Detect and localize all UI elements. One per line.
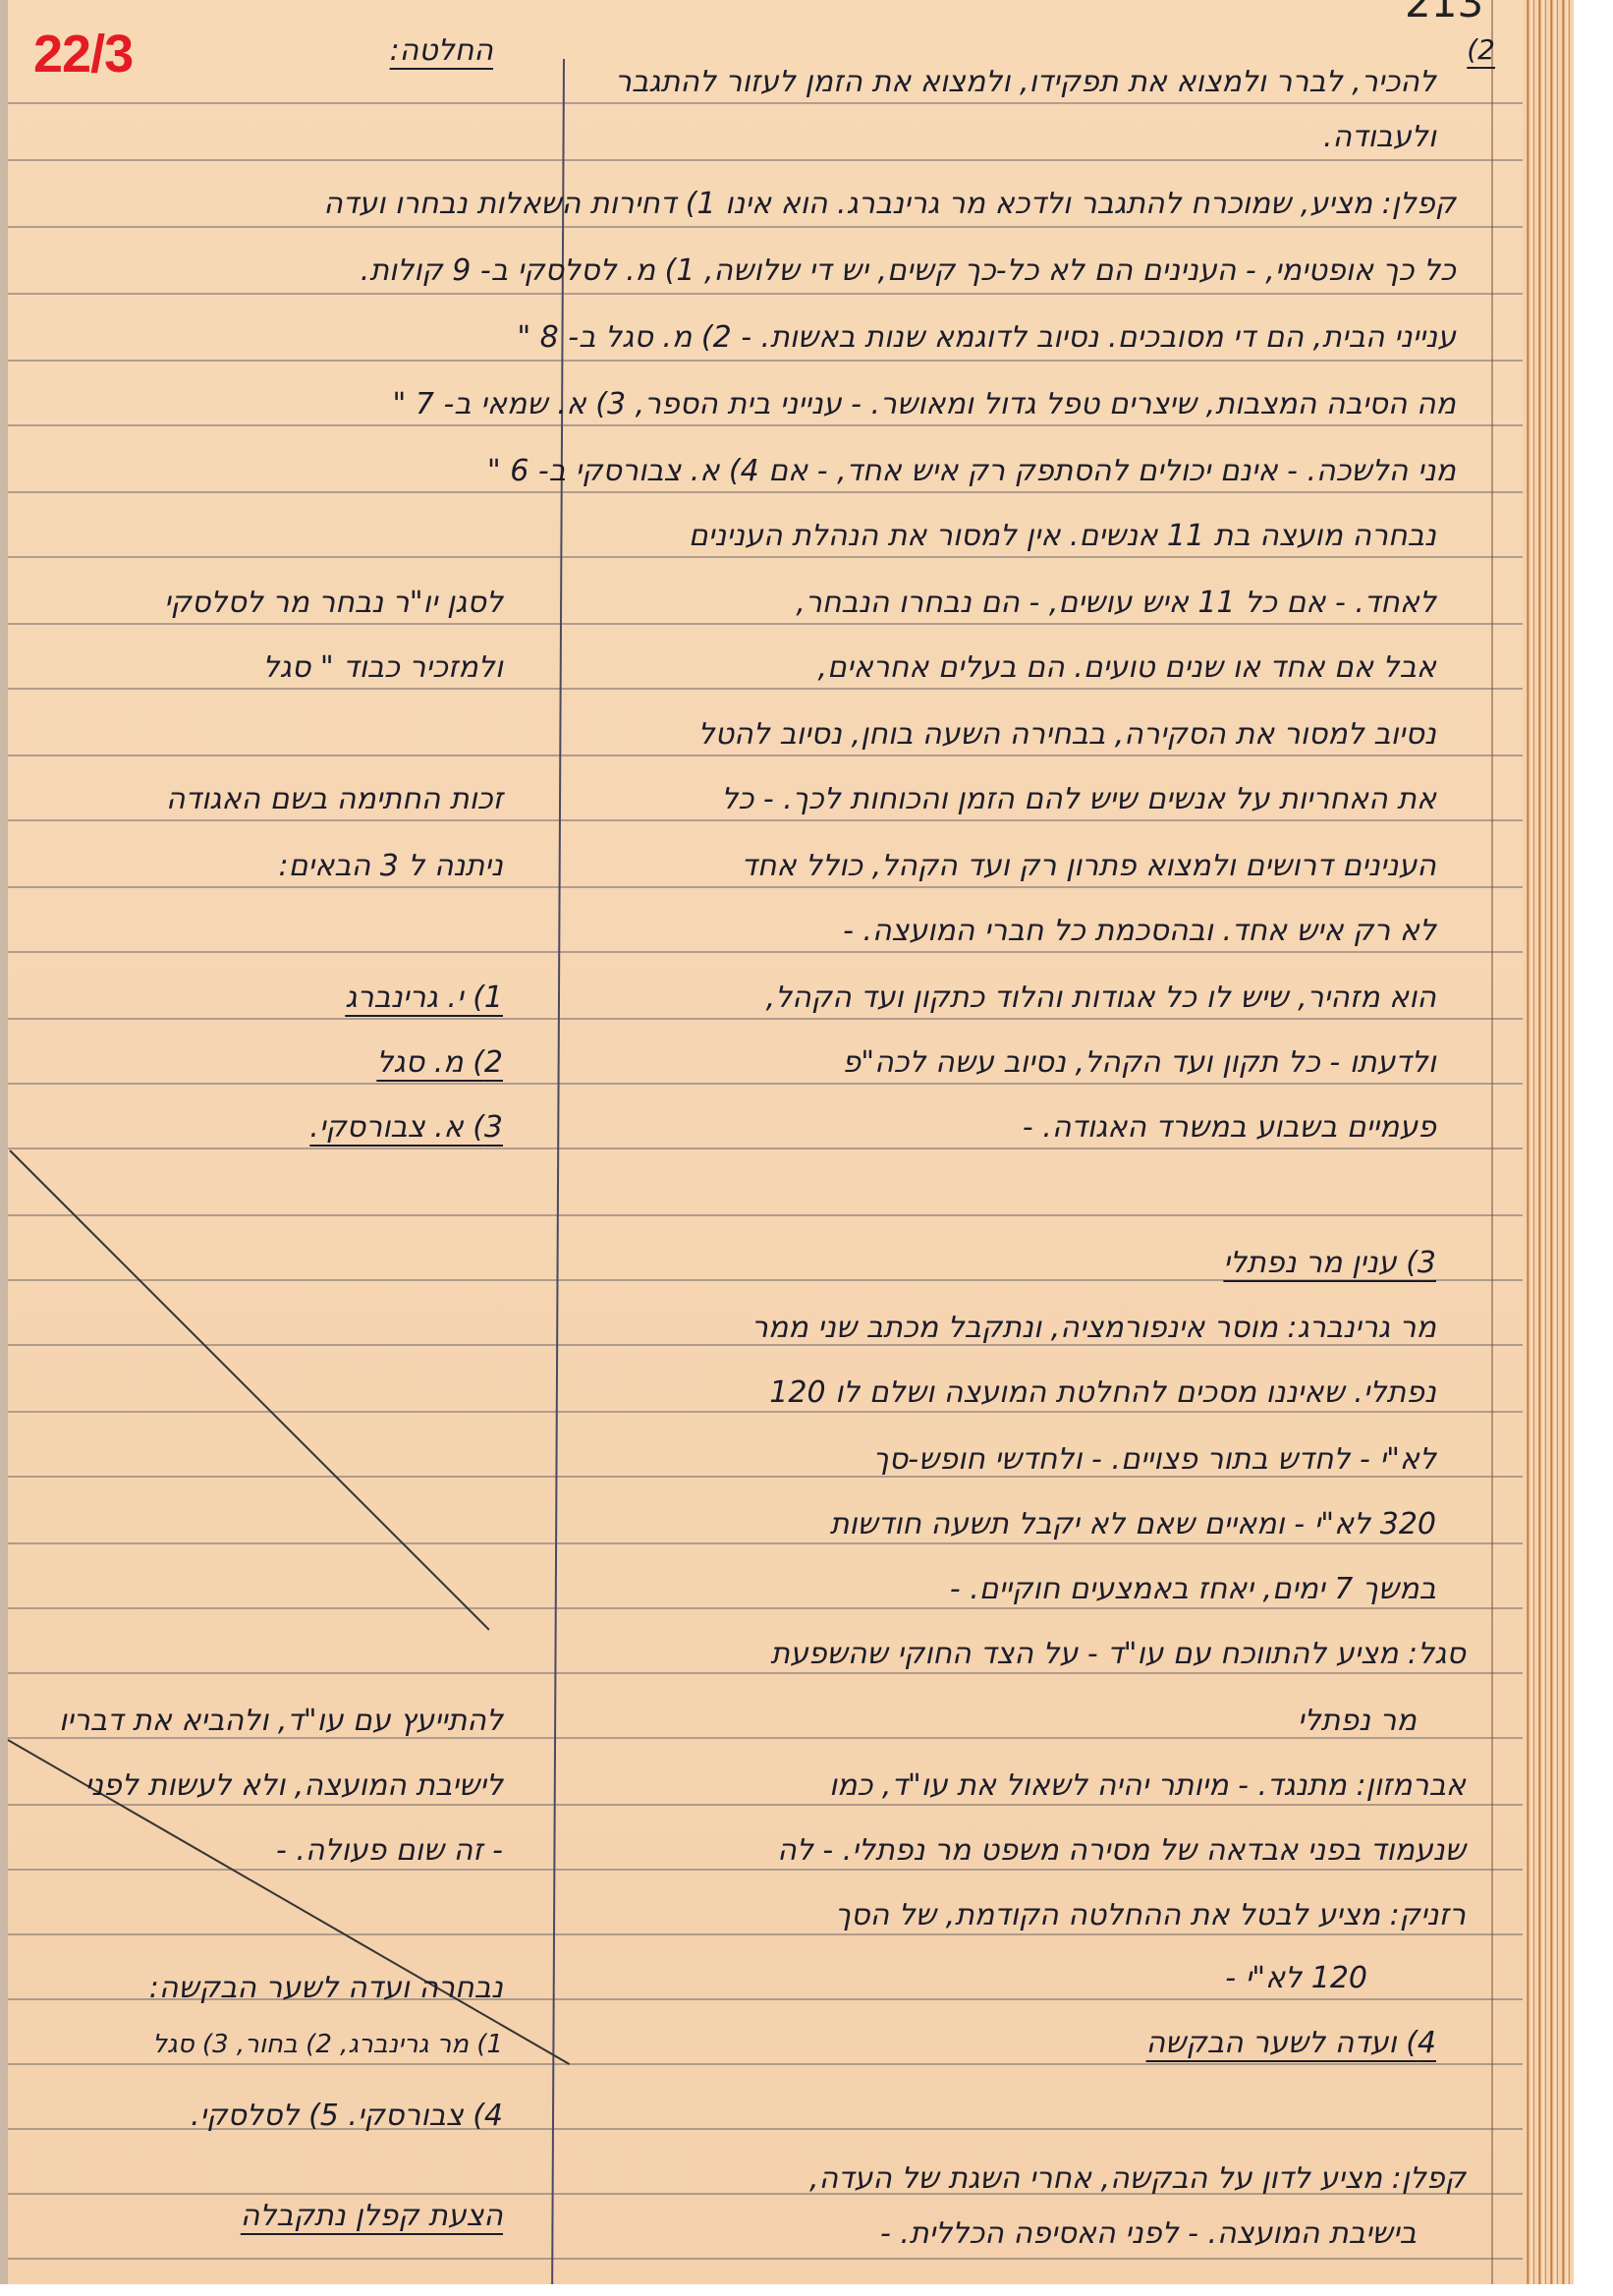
item-3-line: במשך 7 ימים, יאחז באמצעים חוקיים. - [950, 1572, 1436, 1606]
ruled-line [8, 1804, 1523, 1806]
item-3-heading: 3) ענין מר נפתלי [1223, 1246, 1436, 1280]
ruled-line [8, 951, 1523, 953]
main-line: הוא מזהיר, שיש לו כל אגודות והלוד כתקון … [766, 980, 1436, 1015]
main-line: נבחרה מועצה בת 11 אנשים. אין למסור את הנ… [689, 519, 1436, 553]
side-note: - זה שום פעולה. - [276, 1833, 503, 1868]
ruled-line [8, 688, 1523, 690]
main-line: אבל אם אחד או שנים טועים. הם בעלים אחראי… [818, 650, 1437, 685]
ruled-line [8, 1607, 1523, 1609]
main-line: לאחד. - אם כל 11 איש עושים, - הם נבחרו ה… [796, 586, 1436, 620]
decision-heading: החלטה: [390, 33, 493, 68]
ruled-line [8, 226, 1523, 228]
discussion-line: 120 לא"י - [1225, 1961, 1367, 1995]
main-line: להכיר, לברר ולמצוא את תפקידו, ולמצוא את … [615, 65, 1436, 99]
side-note: לסגן יו"ר נבחר מר לסלסקי [164, 586, 503, 620]
main-line: פעמיים בשבוע במשרד האגודה. - [1023, 1110, 1436, 1145]
ruled-line [8, 819, 1523, 821]
item-4-line: קפלן: מציע לדון על הבקשה, אחרי השגת של ה… [809, 2161, 1466, 2196]
side-note: להתייעץ עם עו"ד, ולהביא את דבריו [59, 1704, 503, 1738]
item-4-line: בישיבת המועצה. - לפני האסיפה הכללית. - [880, 2216, 1417, 2251]
section-number: 2) [1467, 33, 1495, 66]
ruled-line [8, 1018, 1523, 1020]
scan-left-edge [0, 0, 8, 2284]
ruled-line [8, 1933, 1523, 1935]
side-note: ניתנה ל 3 הבאים: [278, 849, 503, 883]
item-3-line: נפתלי. שאיננו מסכים להחלטת המועצה ושלם ל… [769, 1375, 1436, 1410]
ruled-line [8, 360, 1523, 362]
ruled-line [8, 1083, 1523, 1085]
ruled-line [8, 491, 1523, 493]
item-3-line: לא"י - לחדש בתור פצויים. - ולחדשי חופש-ס… [873, 1442, 1436, 1477]
side-note: זכות החתימה בשם האגודה [166, 782, 503, 816]
ruled-line [8, 2063, 1523, 2065]
ruled-line [8, 1411, 1523, 1413]
side-note: הצעת קפלן נתקבלה [241, 2199, 503, 2233]
strike-line [9, 1149, 489, 1630]
ruled-line [8, 102, 1523, 104]
discussion-line: שנעמוד בפני אבדאה של מסירה משפט מר נפתלי… [777, 1833, 1466, 1868]
ruled-line [8, 755, 1523, 756]
side-note: נבחרה ועדה לשער הבקשה: [149, 1971, 503, 2005]
signatory: 2) מ. סגל [376, 1045, 503, 1080]
side-note: ולמזכיר כבוד " סגל [262, 650, 503, 685]
main-line: הענינים דרושים ולמצוא פתרון רק ועד הקהל,… [741, 849, 1436, 883]
ruled-line [8, 556, 1523, 558]
item-4-heading: 4) ועדה לשער הבקשה [1146, 2026, 1436, 2060]
ruled-line [8, 159, 1523, 161]
ruled-line [8, 424, 1523, 426]
ruled-line [8, 1148, 1523, 1149]
right-margin-rule [1491, 0, 1493, 2284]
discussion-line: אברמזון: מתנגד. - מיותר יהיה לשאול את עו… [829, 1768, 1466, 1803]
book-page-edge [1523, 0, 1574, 2284]
notebook-page: 22/3 213 2) החלטה: להכיר, לברר ולמצוא את… [0, 0, 1574, 2284]
ruled-line [8, 1672, 1523, 1674]
main-line: לא רק איש אחד. ובהסכמת כל חברי המועצה. - [843, 914, 1436, 948]
side-note: לישיבת המועצה, ולא לעשות לפני [84, 1768, 503, 1803]
main-line: מני הלשכה. - אינם יכולים להסתפק רק איש א… [487, 454, 1456, 488]
signatory: 1) י. גרינברג [345, 980, 503, 1015]
main-line: ולדעתו - כל תקון ועד הקהל, נסיוב עשה לכה… [843, 1045, 1436, 1080]
main-line: את האחריות על אנשים שיש להם הזמן והכוחות… [721, 782, 1436, 816]
item-3-line: מר גרינברג: מוסר אינפורמציה, ונתקבל מכתב… [751, 1311, 1436, 1345]
item-3-line: 320 לא"י - ומאיים שאם לא יקבל תשעה חודשו… [830, 1507, 1436, 1541]
main-line: קפלן: מציע, שמוכרח להתגבר ולדכא מר גרינב… [323, 187, 1456, 221]
main-line: כל כך אופטימי, - הענינים הם לא כל-כך קשי… [361, 253, 1456, 288]
main-line: ולעבודה. [1323, 120, 1436, 154]
side-note: 1) מר גרינברג, 2) בחור, 3) סגל [152, 2030, 503, 2059]
main-line: מה הסיבה המצבות, שיצרים טפל גדול ומאושר.… [393, 387, 1457, 421]
discussion-line: רזניק: מציע לבטל את ההחלטה הקודמת, של הס… [835, 1898, 1466, 1932]
ruled-line [8, 886, 1523, 888]
main-line: נסיוב למסור את הסקירה, בבחירה השעה בוחן,… [698, 717, 1436, 752]
ruled-line [8, 623, 1523, 625]
ruled-line [8, 1542, 1523, 1544]
ruled-line [8, 1214, 1523, 1216]
ruled-line [8, 2258, 1523, 2260]
ruled-line [8, 293, 1523, 295]
page-number: 213 [1405, 0, 1483, 27]
discussion-line: סגל: מציע להתווכח עם עו"ד - על הצד החוקי… [770, 1637, 1466, 1671]
main-line: ענייני הבית, הם די מסובכים. נסיוב לדוגמא… [517, 320, 1456, 355]
signatory: 3) א. צבורסקי. [309, 1110, 503, 1145]
discussion-line: מר נפתלי [1298, 1704, 1417, 1738]
date-label: 22/3 [33, 24, 133, 84]
side-note: 4) צבורסקי. 5) לסלסקי. [191, 2099, 503, 2133]
